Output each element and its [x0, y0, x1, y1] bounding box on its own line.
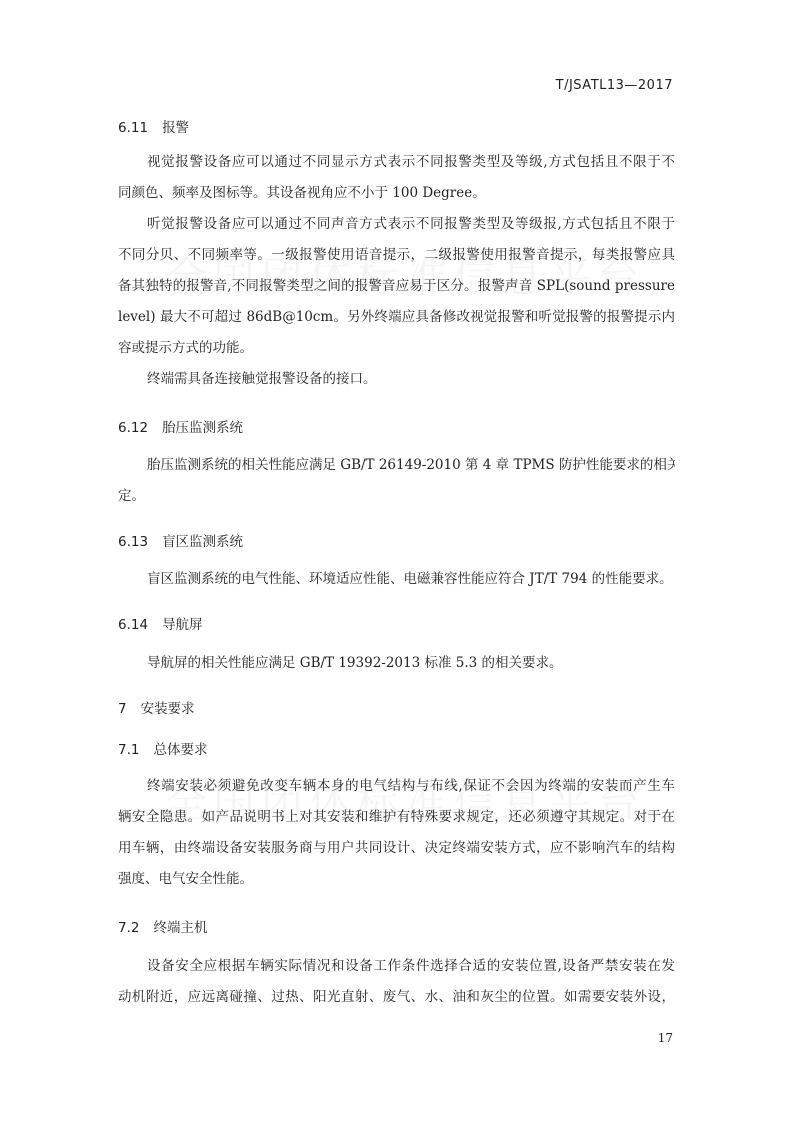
section-heading-7-1: 7.1总体要求 — [118, 738, 207, 758]
section-title: 终端主机 — [153, 920, 207, 936]
section-heading-6-11: 6.11报警 — [118, 116, 189, 136]
text-line: 不同分贝、不同频率等。一级报警使用语音提示，二级报警使用报警音提示，每类报警应具 — [118, 240, 675, 271]
text-line: 用车辆，由终端设备安装服务商与用户共同设计、决定终端安装方式，应不影响汽车的结构 — [118, 833, 675, 864]
text-line: 终端需具备连接触觉报警设备的接口。 — [118, 364, 675, 395]
text-line: 终端安装必须避免改变车辆本身的电气结构与布线,保证不会因为终端的安装而产生车 — [118, 771, 675, 802]
text-line: 备其独特的报警音,不同报警类型之间的报警音应易于区分。报警声音 SPL(soun… — [118, 271, 675, 302]
text-line: 视觉报警设备应可以通过不同显示方式表示不同报警类型及等级,方式包括且不限于不 — [118, 147, 675, 178]
section-number: 6.14 — [118, 617, 148, 633]
paragraph: 听觉报警设备应可以通过不同声音方式表示不同报警类型及等级报,方式包括且不限于 不… — [118, 209, 675, 364]
text-line: 设备安全应根据车辆实际情况和设备工作条件选择合适的安装位置,设备严禁安装在发 — [118, 951, 675, 982]
section-title: 胎压监测系统 — [162, 420, 243, 436]
text-line: 听觉报警设备应可以通过不同声音方式表示不同报警类型及等级报,方式包括且不限于 — [118, 209, 675, 240]
paragraph: 导航屏的相关性能应满足 GB/T 19392-2013 标准 5.3 的相关要求… — [118, 648, 675, 679]
section-title: 安装要求 — [141, 701, 195, 717]
paragraph: 设备安全应根据车辆实际情况和设备工作条件选择合适的安装位置,设备严禁安装在发 动… — [118, 951, 675, 1013]
section-heading-6-14: 6.14导航屏 — [118, 613, 203, 633]
paragraph: 盲区监测系统的电气性能、环境适应性能、电磁兼容性能应符合 JT/T 794 的性… — [118, 564, 675, 595]
section-number: 6.11 — [118, 120, 148, 136]
document-id-header: T/JSATL13—2017 — [556, 78, 673, 93]
section-number: 7 — [118, 701, 127, 717]
section-heading-7-2: 7.2终端主机 — [118, 916, 207, 936]
text-line: 同颜色、频率及图标等。其设备视角应不小于 100 Degree。 — [118, 178, 675, 209]
text-line: 胎压监测系统的相关性能应满足 GB/T 26149-2010 第 4 章 TPM… — [118, 450, 675, 481]
section-number: 6.12 — [118, 420, 148, 436]
chapter-heading-7: 7安装要求 — [118, 697, 195, 717]
paragraph: 胎压监测系统的相关性能应满足 GB/T 26149-2010 第 4 章 TPM… — [118, 450, 675, 512]
text-line: 定。 — [118, 481, 675, 512]
text-line: 容或提示方式的功能。 — [118, 333, 675, 364]
paragraph: 终端安装必须避免改变车辆本身的电气结构与布线,保证不会因为终端的安装而产生车 辆… — [118, 771, 675, 895]
text-line: 辆安全隐患。如产品说明书上对其安装和维护有特殊要求规定，还必须遵守其规定。对于在 — [118, 802, 675, 833]
page-number: 17 — [658, 1031, 673, 1045]
text-line: 强度、电气安全性能。 — [118, 864, 675, 895]
section-title: 盲区监测系统 — [162, 534, 243, 550]
section-number: 7.1 — [118, 742, 139, 758]
text-line: level) 最大不可超过 86dB@10cm。另外终端应具备修改视觉报警和听觉… — [118, 302, 675, 333]
section-number: 7.2 — [118, 920, 139, 936]
section-number: 6.13 — [118, 534, 148, 550]
paragraph: 终端需具备连接触觉报警设备的接口。 — [118, 364, 675, 395]
section-title: 总体要求 — [153, 742, 207, 758]
section-title: 导航屏 — [162, 617, 203, 633]
document-page: T/JSATL13—2017 全国团体标准信息平台 全国团体标准信息平台 6.1… — [0, 0, 794, 1123]
paragraph: 视觉报警设备应可以通过不同显示方式表示不同报警类型及等级,方式包括且不限于不 同… — [118, 147, 675, 209]
section-heading-6-12: 6.12胎压监测系统 — [118, 416, 243, 436]
text-line: 盲区监测系统的电气性能、环境适应性能、电磁兼容性能应符合 JT/T 794 的性… — [118, 564, 675, 595]
section-title: 报警 — [162, 120, 189, 136]
text-line: 导航屏的相关性能应满足 GB/T 19392-2013 标准 5.3 的相关要求… — [118, 648, 675, 679]
section-heading-6-13: 6.13盲区监测系统 — [118, 530, 243, 550]
text-line: 动机附近，应远离碰撞、过热、阳光直射、废气、水、油和灰尘的位置。如需要安装外设， — [118, 982, 675, 1013]
